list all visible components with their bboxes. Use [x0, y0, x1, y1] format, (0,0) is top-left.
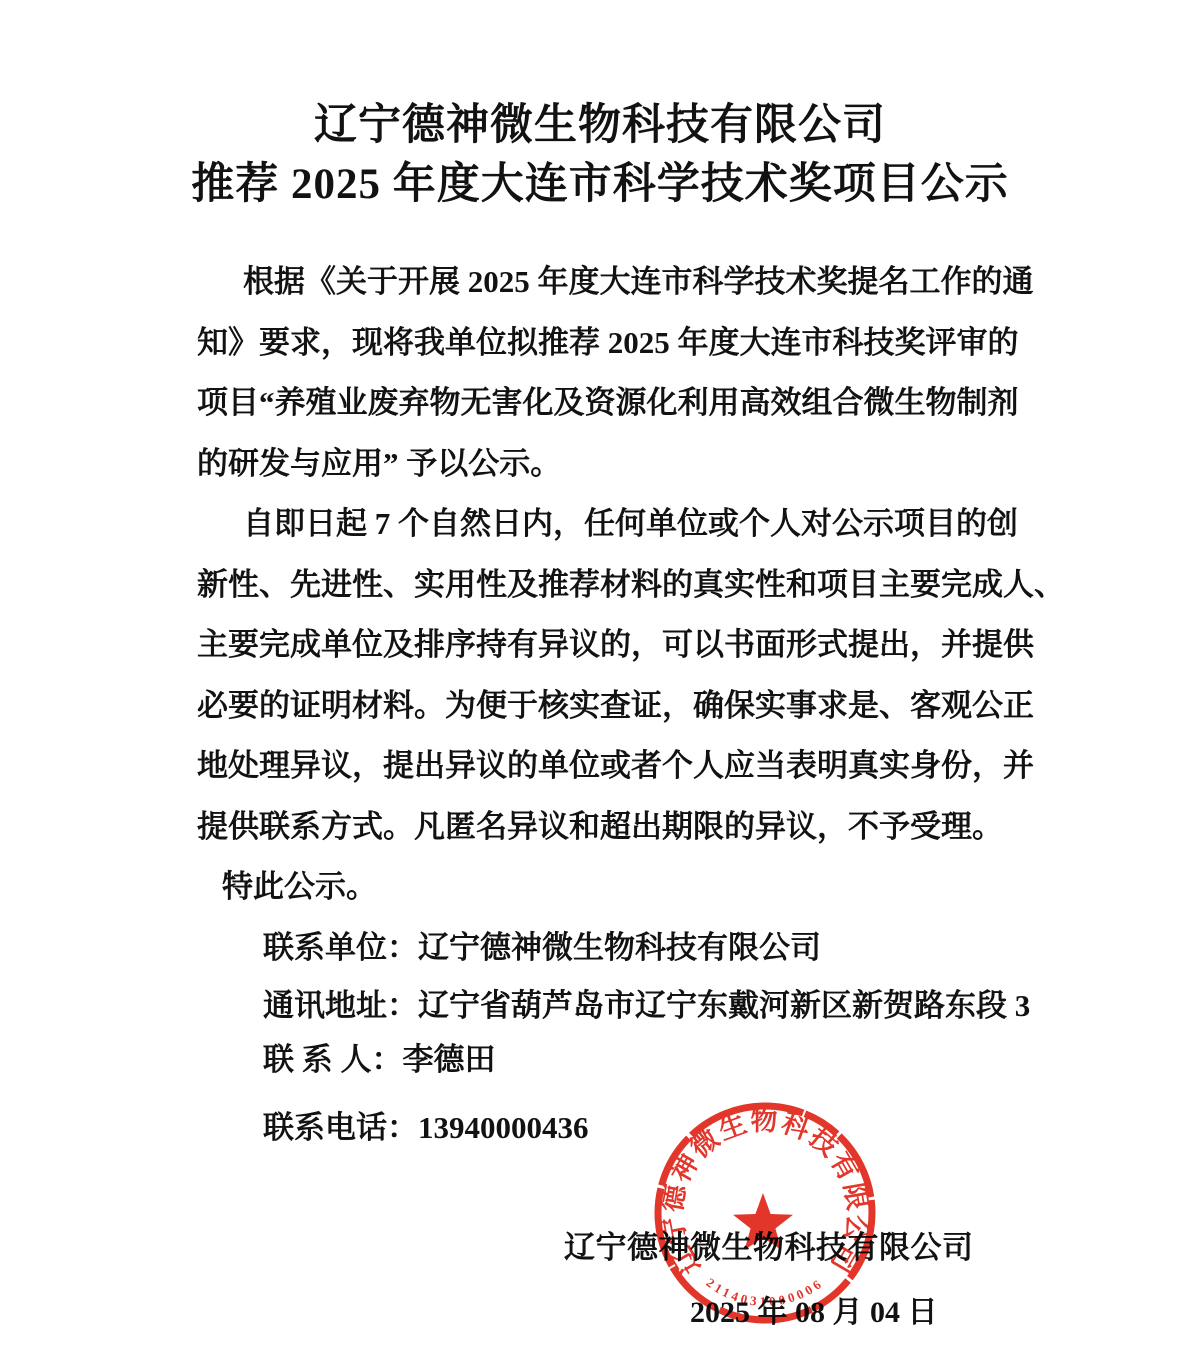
- title-line-2: 推荐 2025 年度大连市科学技术奖项目公示: [0, 155, 1200, 214]
- title-line-1: 辽宁德神微生物科技有限公司: [0, 96, 1200, 155]
- body-line: 新性、先进性、实用性及推荐材料的真实性和项目主要完成人、: [197, 555, 1009, 616]
- body-line: 根据《关于开展 2025 年度大连市科学技术奖提名工作的通: [197, 252, 1009, 313]
- contact-unit-value: 辽宁德神微生物科技有限公司: [418, 930, 821, 965]
- announcement-document: 辽宁德神微生物科技有限公司 推荐 2025 年度大连市科学技术奖项目公示 根据《…: [0, 0, 1200, 1350]
- contact-unit-row: 联系单位：辽宁德神微生物科技有限公司: [263, 926, 821, 970]
- body-line: 知》要求，现将我单位拟推荐 2025 年度大连市科技奖评审的: [197, 313, 1009, 374]
- contact-phone-row: 联系电话：13940000436: [263, 1106, 589, 1150]
- document-title: 辽宁德神微生物科技有限公司 推荐 2025 年度大连市科学技术奖项目公示: [0, 96, 1200, 214]
- contact-unit-label: 联系单位：: [263, 930, 418, 965]
- body-line: 主要完成单位及排序持有异议的，可以书面形式提出，并提供: [197, 615, 1009, 676]
- body-line: 提供联系方式。凡匿名异议和超出期限的异议，不予受理。: [197, 797, 1009, 858]
- body-line: 的研发与应用” 予以公示。: [197, 434, 1009, 495]
- contact-address-label: 通讯地址：: [263, 988, 418, 1023]
- contact-address-row: 通讯地址：辽宁省葫芦岛市辽宁东戴河新区新贺路东段 3: [263, 984, 1030, 1028]
- contact-person-label: 联 系 人：: [263, 1042, 403, 1077]
- seal-company-arc-text: 辽宁德神微生物科技有限公司: [657, 1106, 873, 1280]
- body-line: 自即日起 7 个自然日内，任何单位或个人对公示项目的创: [197, 494, 1009, 555]
- star-icon: [733, 1193, 793, 1250]
- contact-phone-label: 联系电话：: [263, 1110, 418, 1145]
- contact-phone-value: 13940000436: [418, 1110, 589, 1145]
- contact-person-value: 李德田: [403, 1042, 496, 1077]
- seal-code-text: 2114031000006: [703, 1275, 826, 1309]
- contact-address-value: 辽宁省葫芦岛市辽宁东戴河新区新贺路东段 3: [418, 988, 1030, 1023]
- body-line: 必要的证明材料。为便于核实查证，确保实事求是、客观公正: [197, 676, 1009, 737]
- body-line-closing: 特此公示。: [197, 857, 1009, 918]
- body-line: 项目“养殖业废弃物无害化及资源化利用高效组合微生物制剂: [197, 373, 1009, 434]
- company-seal: 辽宁德神微生物科技有限公司 2114031000006: [630, 1078, 900, 1348]
- body-text: 根据《关于开展 2025 年度大连市科学技术奖提名工作的通 知》要求，现将我单位…: [197, 252, 1009, 918]
- body-line: 地处理异议，提出异议的单位或者个人应当表明真实身份，并: [197, 736, 1009, 797]
- contact-person-row: 联 系 人：李德田: [263, 1038, 496, 1082]
